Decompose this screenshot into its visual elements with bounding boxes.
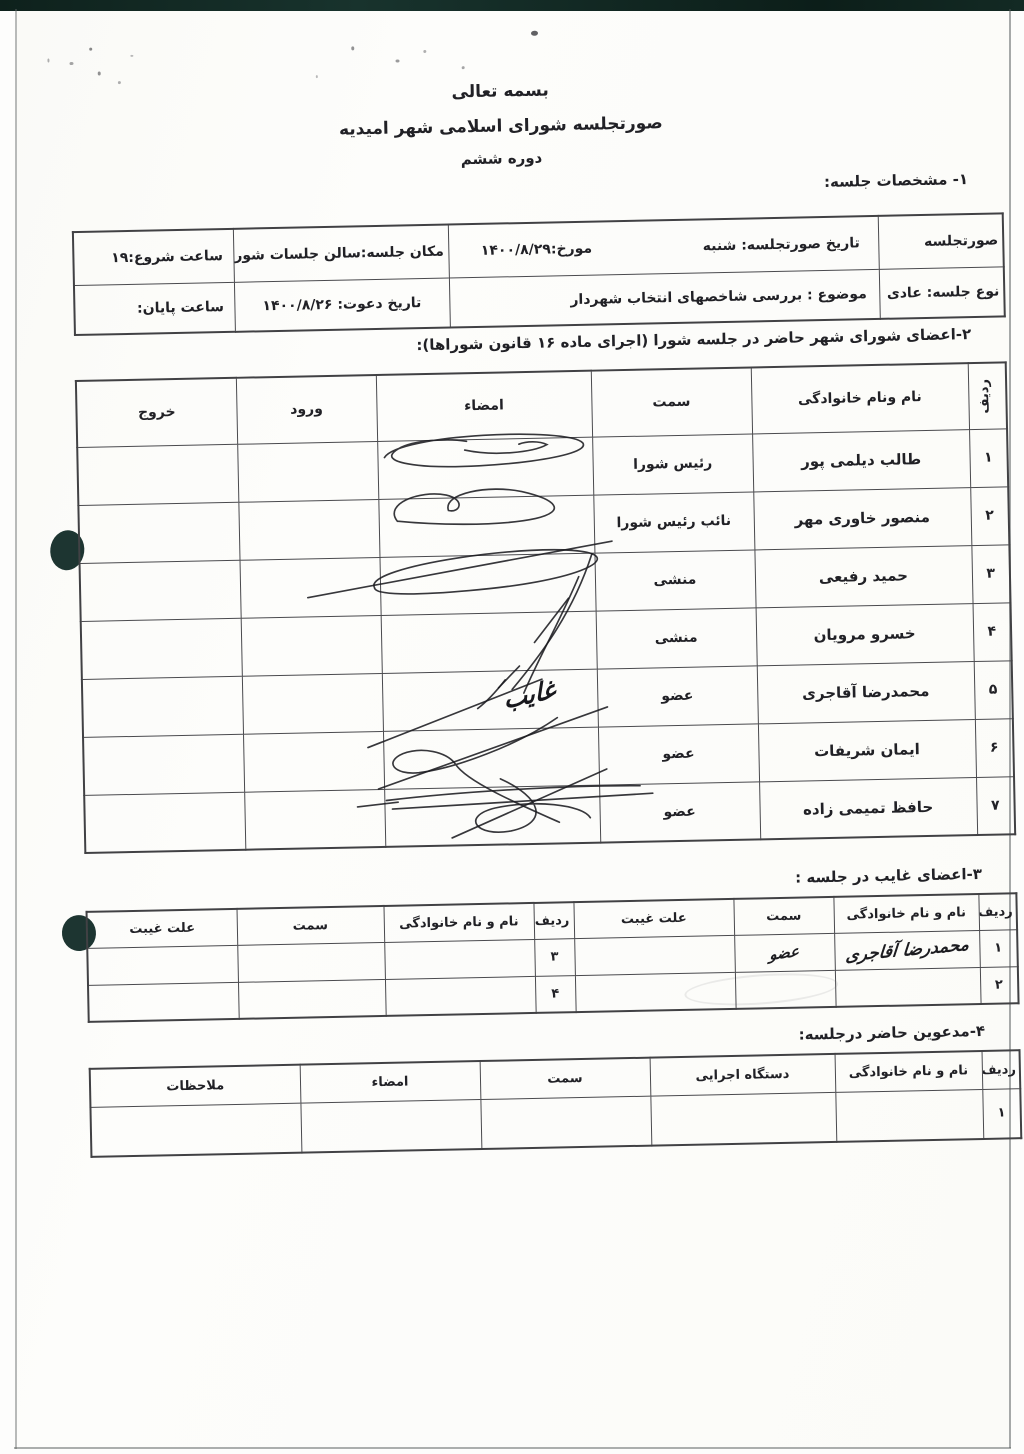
col-header-position: سمت — [733, 897, 834, 935]
col-header-row-no: ردیف — [533, 902, 574, 939]
subject-cell: موضوع : بررسی شاخصهای انتخاب شهردار — [449, 269, 880, 328]
signature-cell — [377, 437, 593, 499]
exit-cell — [82, 676, 243, 737]
pencil-speck — [395, 59, 399, 62]
pencil-speck — [98, 71, 101, 75]
row-no: ۱ — [969, 428, 1008, 487]
pencil-speck — [316, 75, 318, 78]
present-members-table: ردیف نام ونام خانوادگی سمت امضاء ورود خر… — [75, 361, 1016, 854]
invitee-signature — [300, 1099, 481, 1153]
invitee-notes — [90, 1103, 301, 1157]
section1-heading: ۱- مشخصات جلسه: — [824, 170, 968, 191]
col-header-position: سمت — [591, 367, 752, 436]
start-time-cell: ساعت شروع:۱۹ — [73, 229, 234, 285]
member-name: منصور خاوری مهر — [753, 487, 971, 549]
signature-cell — [378, 495, 594, 557]
absent-name: محمدرضا آقاجری — [834, 930, 980, 970]
exit-cell — [84, 792, 245, 853]
ink-speck — [531, 31, 538, 36]
absent-position: عضو — [734, 933, 835, 972]
pencil-speck — [462, 66, 465, 69]
col-header-name: نام و نام خانوادگی — [835, 1051, 983, 1092]
entry-cell — [238, 499, 379, 560]
entry-cell — [243, 731, 384, 792]
section4-heading: ۴-مدعوین حاضر درجلسه: — [798, 1022, 985, 1044]
exit-cell — [80, 560, 241, 621]
col-header-name: نام ونام خانوادگی — [751, 363, 969, 433]
invitee-name — [835, 1089, 983, 1142]
member-position: عضو — [598, 723, 759, 784]
member-name: طالب دیلمی پور — [752, 429, 970, 491]
signature-cell — [379, 553, 595, 615]
minutes-date-label: تاریخ صورتجلسه: شنبه — [703, 235, 860, 254]
signature-cell — [383, 727, 599, 789]
member-position: منشی — [596, 607, 757, 668]
col-header-name: نام و نام خانوادگی — [833, 894, 979, 933]
pencil-speck — [47, 58, 49, 62]
col-header-position: سمت — [480, 1058, 651, 1099]
pencil-speck — [69, 62, 73, 65]
page-title: صورتجلسه شورای اسلامی شهر امیدیه — [5, 106, 997, 146]
bismillah-line: بسمه تعالی — [4, 71, 996, 111]
row-no: ۴ — [535, 975, 576, 1013]
exit-cell — [81, 618, 242, 679]
pencil-speck — [351, 46, 354, 50]
invitee-agency — [650, 1092, 836, 1146]
invitees-table: ردیف نام و نام خانوادگی دستگاه اجرایی سم… — [89, 1049, 1023, 1158]
meeting-type-cell: نوع جلسه: عادی — [879, 266, 1005, 318]
absent-name — [835, 967, 981, 1007]
col-header-name: نام و نام خانوادگی — [383, 903, 534, 942]
pencil-speck — [130, 55, 133, 57]
row-no: ۴ — [973, 602, 1012, 661]
scanned-page: بسمه تعالی صورتجلسه شورای اسلامی شهر امی… — [0, 0, 1024, 1454]
signature-cell — [381, 611, 597, 673]
member-name: ایمان شریفات — [758, 719, 976, 781]
minutes-label-cell: صورتجلسه — [878, 213, 1004, 268]
pencil-speck — [89, 48, 92, 51]
paper-sheet: بسمه تعالی صورتجلسه شورای اسلامی شهر امی… — [17, 11, 1009, 1447]
exit-cell — [83, 734, 244, 795]
entry-cell — [237, 441, 378, 502]
row-no: ۲ — [980, 966, 1019, 1004]
col-header-agency: دستگاه اجرایی — [650, 1054, 836, 1096]
member-position: عضو — [599, 781, 760, 842]
exit-cell — [77, 444, 238, 505]
member-name: محمدرضا آقاجری — [757, 661, 975, 723]
entry-cell — [242, 673, 383, 734]
entry-cell — [240, 557, 381, 618]
col-header-exit: خروج — [76, 378, 237, 447]
member-position: نائب رئیس شورا — [593, 491, 754, 552]
col-header-reason: علت غیبت — [573, 899, 734, 938]
row-no: ۱ — [979, 929, 1018, 967]
member-position: منشی — [594, 549, 755, 610]
meeting-place-cell: مکان جلسه:سالن جلسات شورا — [233, 225, 449, 282]
absent-reason — [574, 935, 735, 975]
member-position: عضو — [597, 665, 758, 726]
member-position: رئیس شورا — [592, 433, 753, 494]
absent-position — [238, 979, 386, 1019]
col-header-signature: امضاء — [300, 1061, 481, 1103]
row-no: ۳ — [971, 544, 1010, 603]
entry-cell — [241, 615, 382, 676]
invite-date-cell: تاریخ دعوت: ۱۴۰۰/۸/۲۶ — [234, 278, 450, 332]
col-header-row-no: ردیف — [978, 893, 1017, 930]
pencil-speck — [423, 50, 426, 53]
row-no: ۲ — [970, 486, 1009, 545]
minutes-dated-value: مورخ:۱۴۰۰/۸/۲۹ — [481, 240, 593, 258]
row-no: ۱ — [982, 1088, 1021, 1139]
invitee-position — [480, 1096, 651, 1149]
pencil-speck — [118, 81, 121, 84]
exit-cell — [78, 502, 239, 563]
row-no: ۷ — [976, 776, 1015, 835]
col-header-entry: ورود — [236, 375, 377, 444]
section3-heading: ۳-اعضای غایب در جلسه : — [795, 865, 982, 887]
absent-name — [384, 939, 535, 979]
col-header-reason: علت غیبت — [87, 909, 238, 948]
member-name: خسرو مرویان — [756, 603, 974, 665]
col-header-notes: ملاحظات — [90, 1065, 301, 1107]
member-name: حمید رفیعی — [754, 545, 972, 607]
col-header-row-no: ردیف — [968, 362, 1007, 429]
absent-members-table: ردیف نام و نام خانوادگی سمت علت غیبت ردی… — [86, 892, 1020, 1023]
row-no: ۳ — [534, 938, 575, 976]
end-time-cell: ساعت پایان: — [74, 282, 235, 335]
minutes-date-cell: تاریخ صورتجلسه: شنبه مورخ:۱۴۰۰/۸/۲۹ — [448, 216, 879, 278]
absent-position — [237, 942, 385, 982]
col-header-row-no: ردیف — [982, 1050, 1021, 1089]
meeting-info-table: صورتجلسه تاریخ صورتجلسه: شنبه مورخ:۱۴۰۰/… — [72, 212, 1006, 336]
absent-reason — [87, 945, 238, 985]
row-no: ۶ — [975, 718, 1014, 777]
member-name: حافظ تمیمی زاده — [759, 777, 977, 839]
section2-heading: ۲-اعضای شورای شهر حاضر در جلسه شورا (اجر… — [416, 325, 971, 354]
absent-reason — [88, 982, 239, 1022]
absent-name — [385, 976, 536, 1016]
signature-cell — [382, 669, 598, 731]
col-header-position: سمت — [237, 906, 385, 945]
signature-cell — [384, 785, 600, 847]
row-no: ۵ — [974, 660, 1013, 719]
col-header-signature: امضاء — [376, 371, 592, 441]
entry-cell — [244, 789, 385, 850]
